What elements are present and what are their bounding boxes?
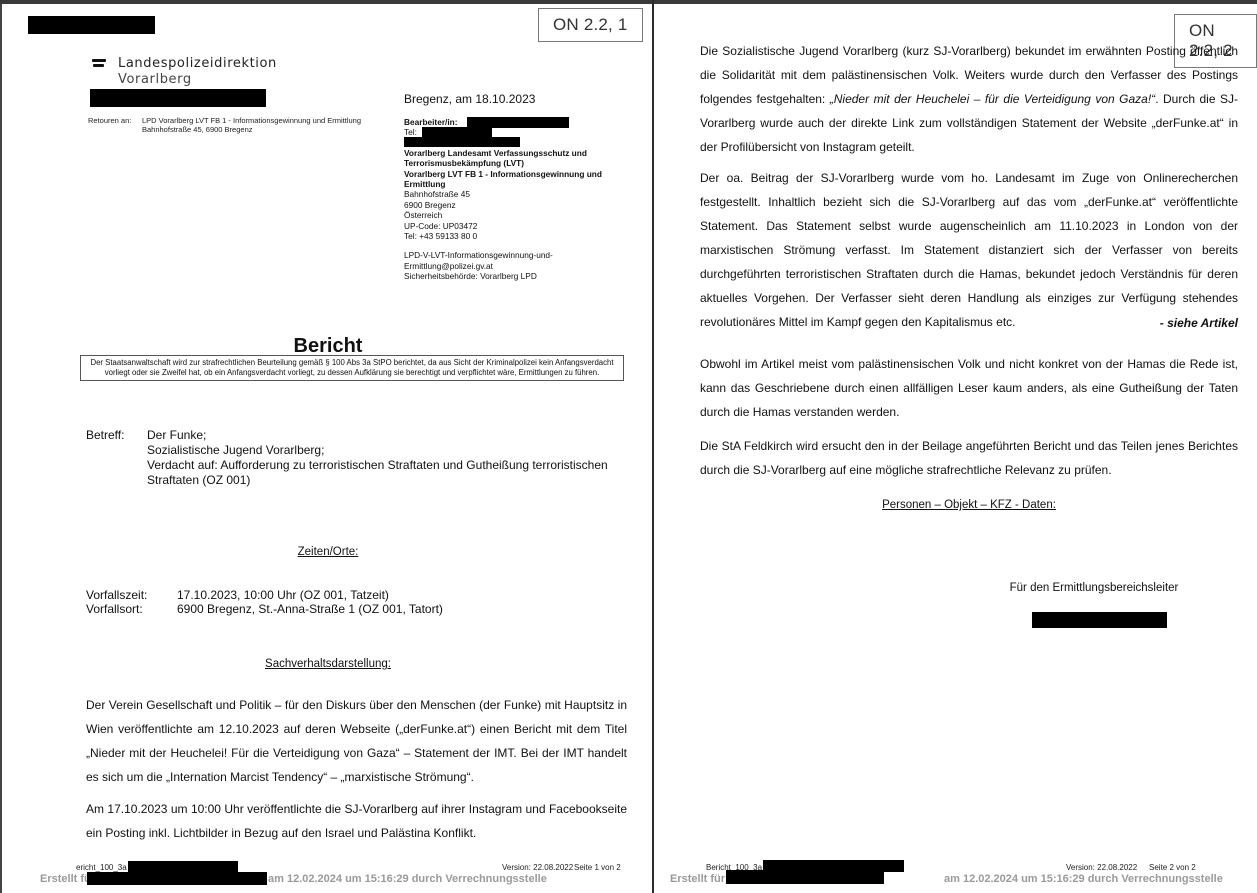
footer-doc-id: ericht_100_3a [76, 863, 127, 872]
sender-city: 6900 Bregenz [404, 200, 629, 210]
sender-country: Österreich [404, 210, 629, 220]
vorfallsort-value: 6900 Bregenz, St.-Anna-Straße 1 (OZ 001,… [177, 602, 443, 617]
section-heading-zeiten: Zeiten/Orte: [2, 546, 652, 558]
sender-org-2: Vorarlberg LVT FB 1 - Informationsgewinn… [404, 169, 602, 189]
footer-created-for: Erstellt für [670, 873, 725, 885]
logo-line-2: Vorarlberg [118, 72, 277, 88]
section-heading-sachverhalt: Sachverhaltsdarstellung: [2, 658, 652, 670]
vorfallsort-label: Vorfallsort: [86, 602, 143, 617]
betreff-text: Der Funke; Sozialistische Jugend Vorarlb… [147, 428, 627, 488]
footer-created-at: am 12.02.2024 um 15:16:29 durch Verrechn… [268, 873, 547, 885]
redaction-block [422, 127, 492, 137]
logo-line-1: Landespolizeidirektion [118, 56, 277, 72]
sender-org-1: Vorarlberg Landesamt Verfassungsschutz u… [404, 148, 587, 168]
paragraph: Der Verein Gesellschaft und Politik – fü… [86, 693, 627, 789]
redaction-block [404, 137, 520, 147]
vorfallszeit-label: Vorfallszeit: [86, 588, 147, 603]
footer-version: Version: 22.08.2022 [502, 863, 573, 872]
redaction-block [90, 89, 266, 107]
sender-tel: Tel: +43 59133 80 0 [404, 231, 629, 241]
legal-notice-box: Der Staatsanwaltschaft wird zur strafrec… [80, 355, 624, 381]
signature-label: Für den Ermittlungsbereichsleiter [984, 582, 1204, 594]
sender-email-2: Ermittlung@polizei.gv.at [404, 261, 629, 271]
paragraph: Die StA Feldkirch wird ersucht den in de… [700, 434, 1238, 482]
vorfallszeit-value: 17.10.2023, 10:00 Uhr (OZ 001, Tatzeit) [177, 588, 389, 603]
document-page-1: ON 2.2, 1 Landespolizeidirektion Vorarlb… [0, 4, 652, 893]
betreff-label: Betreff: [86, 428, 124, 443]
quoted-statement: „Nieder mit der Heuchelei – für die Vert… [830, 92, 1155, 106]
return-address-label: Retouren an: [88, 116, 131, 125]
return-address: LPD Vorarlberg LVT FB 1 - Informationsge… [142, 116, 361, 134]
paragraph: Obwohl im Artikel meist vom palästinensi… [700, 352, 1238, 424]
sender-email-1: LPD-V-LVT-Informationsgewinnung-und- [404, 250, 629, 260]
place-date: Bregenz, am 18.10.2023 [404, 92, 535, 106]
sender-up-code: UP-Code: UP03472 [404, 221, 629, 231]
footer-page-number: Seite 1 von 2 [574, 863, 621, 872]
signature-redaction [1032, 612, 1167, 628]
paragraph: Der oa. Beitrag der SJ-Vorarlberg wurde … [700, 166, 1238, 334]
bearbeiter-label: Bearbeiter/in: [404, 117, 457, 127]
footer-page-number: Seite 2 von 2 [1149, 863, 1196, 872]
section-heading-data: Personen – Objekt – KFZ - Daten: [700, 499, 1238, 511]
document-page-2: ON 2.2, 2 Die Sozialistische Jugend Vora… [654, 4, 1257, 893]
austria-flag-stripes-icon [92, 59, 106, 69]
redaction-block [726, 870, 884, 884]
sender-street: Bahnhofstraße 45 [404, 189, 629, 199]
see-article-note: - siehe Artikel [700, 316, 1238, 330]
footer-created-at: am 12.02.2024 um 15:16:29 durch Verrechn… [944, 873, 1223, 885]
paragraph: Die Sozialistische Jugend Vorarlberg (ku… [700, 39, 1238, 159]
footer-version: Version: 22.08.2022 [1066, 863, 1137, 872]
paragraph: Am 17.10.2023 um 10:00 Uhr veröffentlich… [86, 797, 627, 845]
redaction-block [28, 16, 155, 34]
sender-authority: Sicherheitsbehörde: Vorarlberg LPD [404, 271, 629, 281]
page-stamp: ON 2.2, 1 [538, 8, 643, 42]
redaction-block [87, 872, 267, 885]
